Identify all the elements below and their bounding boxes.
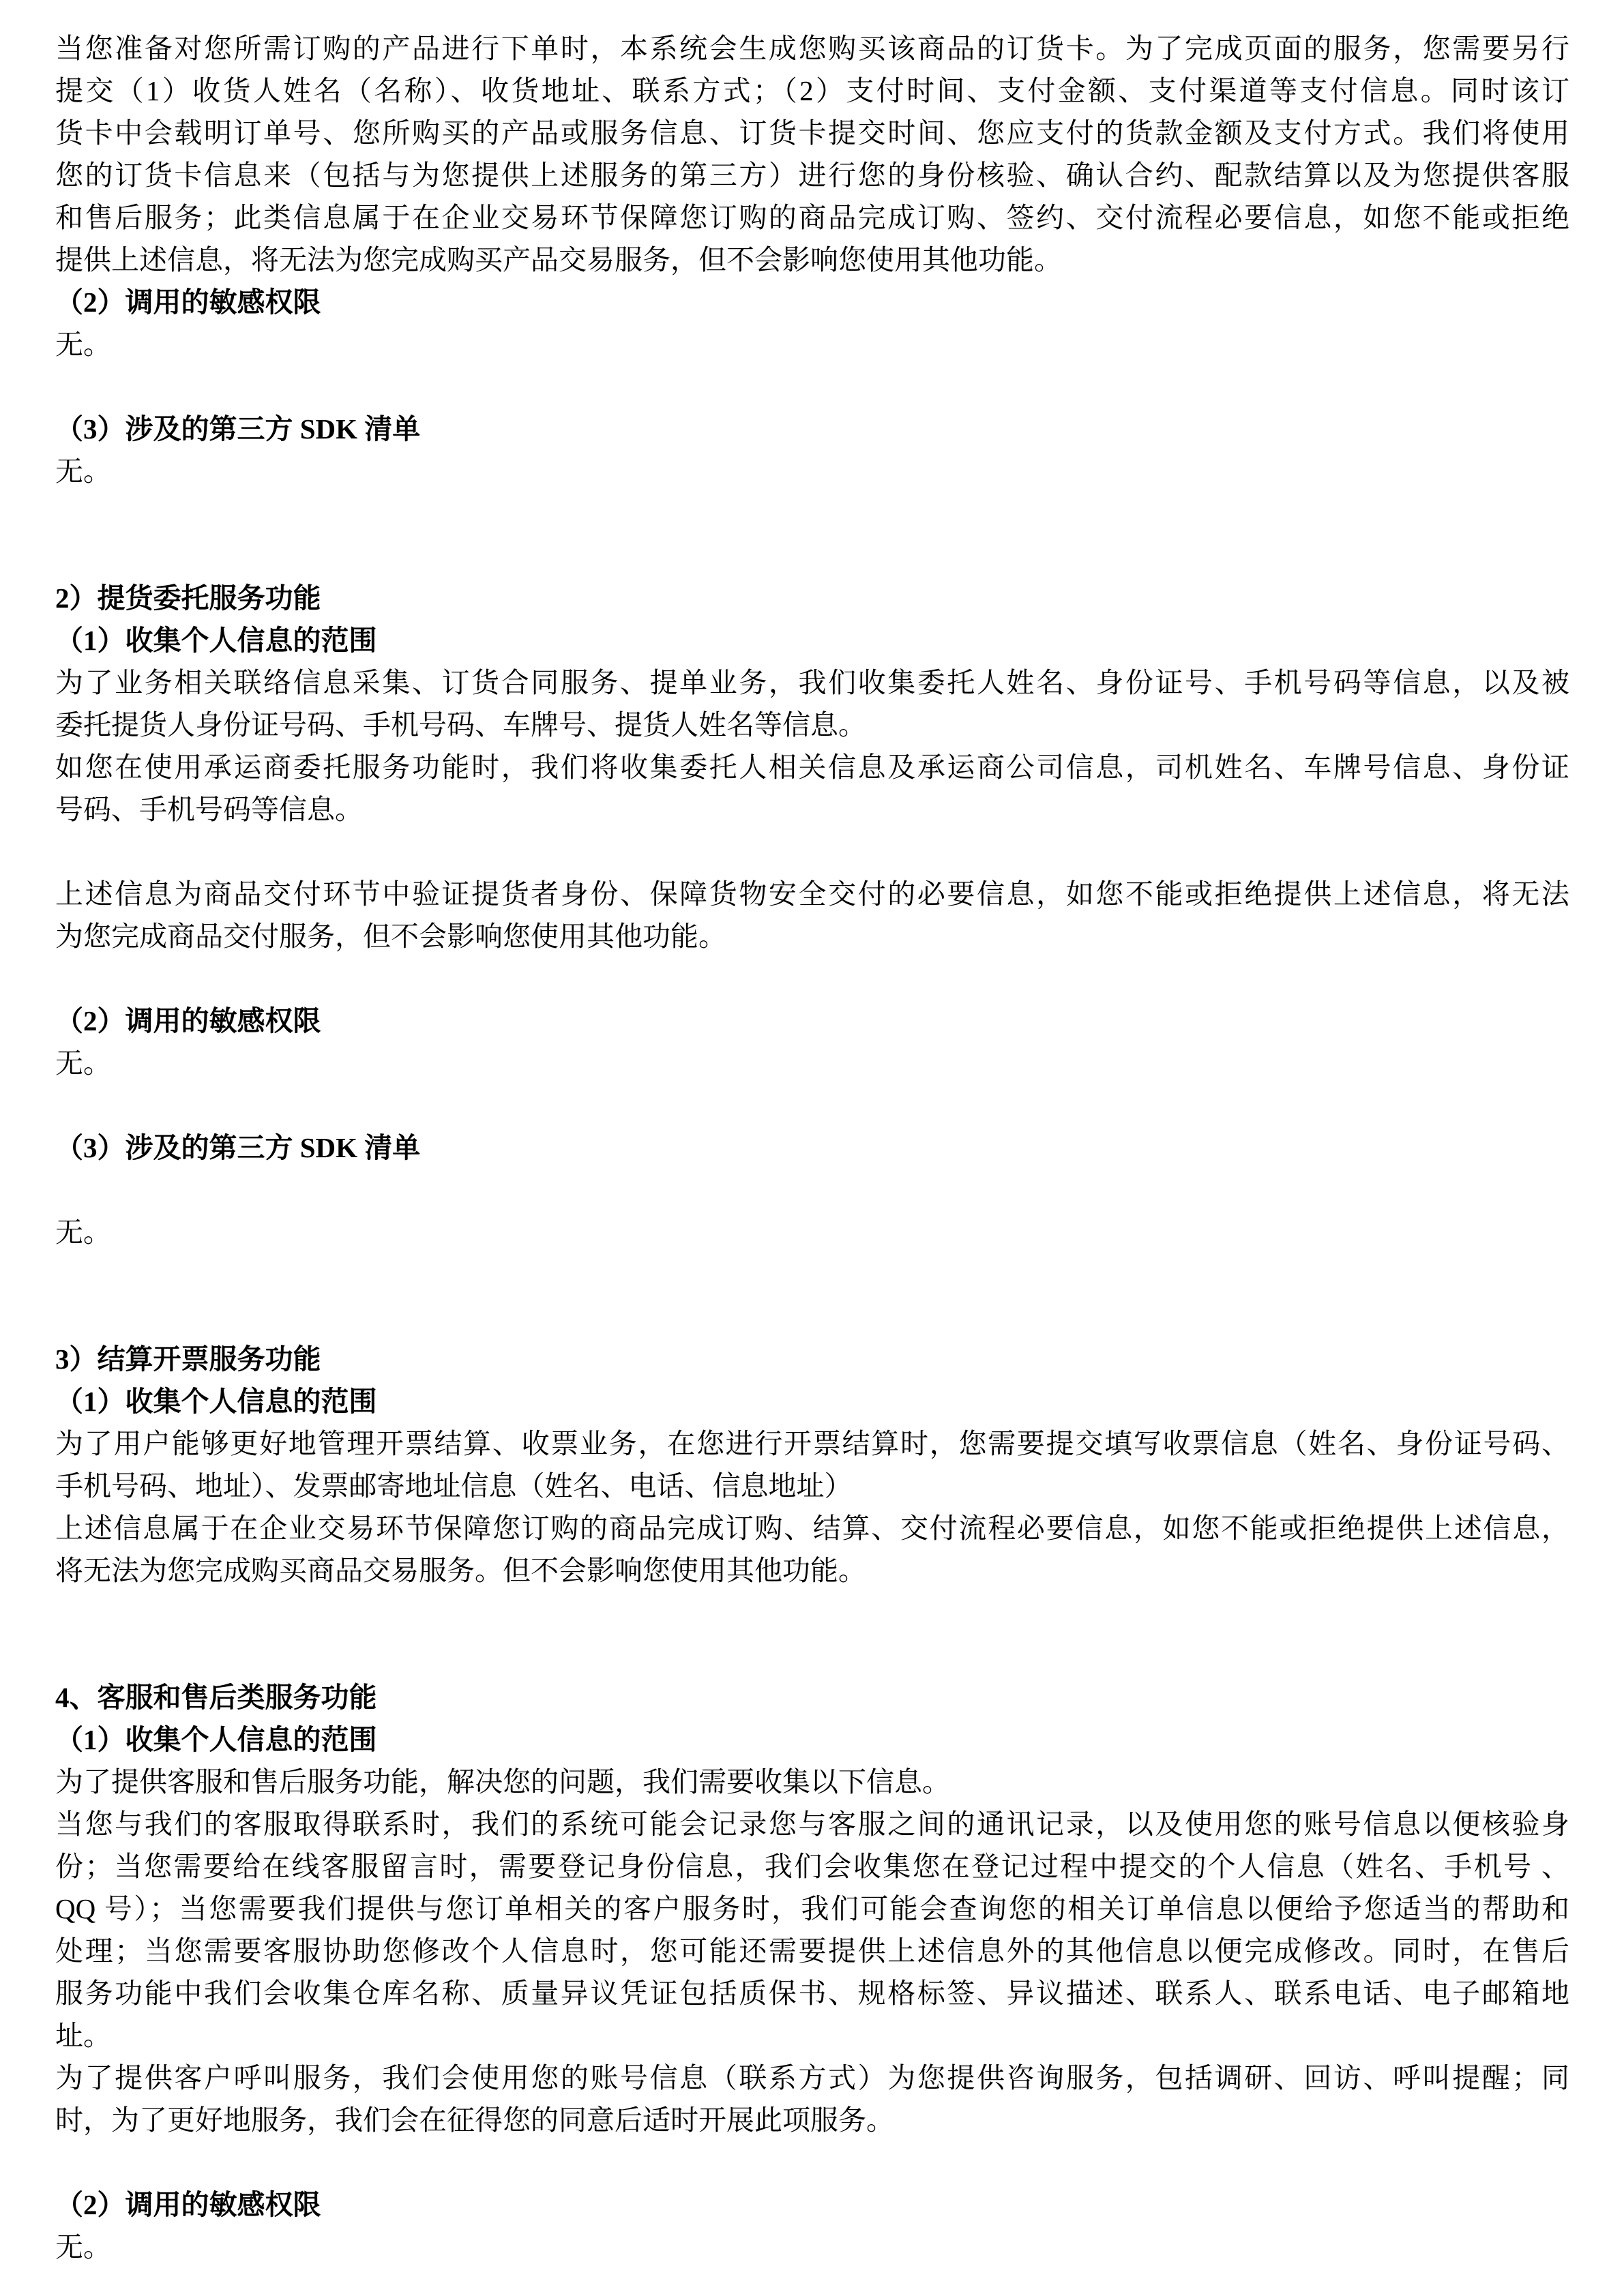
text-line: 址。: [55, 2014, 1569, 2057]
text-line: 无。: [55, 1042, 1569, 1084]
section-heading: （1）收集个人信息的范围: [55, 1718, 1569, 1761]
blank-line: [55, 492, 1569, 535]
section-heading: 3）结算开票服务功能: [55, 1338, 1569, 1380]
blank-line: [55, 957, 1569, 1000]
text-line: 号码、手机号码等信息。: [55, 788, 1569, 831]
text-line: 上述信息为商品交付环节中验证提货者身份、保障货物安全交付的必要信息，如您不能或拒…: [55, 873, 1569, 915]
section-heading: 4、客服和售后类服务功能: [55, 1676, 1569, 1718]
document-page: 当您准备对您所需订购的产品进行下单时，本系统会生成您购买该商品的订货卡。为了完成…: [0, 0, 1624, 2296]
text-line: QQ 号）；当您需要我们提供与您订单相关的客户服务时，我们可能会查询您的相关订单…: [55, 1888, 1569, 1930]
text-line: 和售后服务；此类信息属于在企业交易环节保障您订购的商品完成订购、签约、交付流程必…: [55, 196, 1569, 239]
document-body: 当您准备对您所需订购的产品进行下单时，本系统会生成您购买该商品的订货卡。为了完成…: [0, 0, 1624, 2268]
blank-line: [55, 1634, 1569, 1676]
blank-line: [55, 831, 1569, 873]
blank-line: [55, 535, 1569, 577]
text-line: 提供上述信息，将无法为您完成购买产品交易服务，但不会影响您使用其他功能。: [55, 239, 1569, 281]
text-line: 为了提供客户呼叫服务，我们会使用您的账号信息（联系方式）为您提供咨询服务，包括调…: [55, 2057, 1569, 2099]
text-line: 为了用户能够更好地管理开票结算、收票业务，在您进行开票结算时，您需要提交填写收票…: [55, 1422, 1569, 1465]
text-line: 将无法为您完成购买商品交易服务。但不会影响您使用其他功能。: [55, 1549, 1569, 1592]
text-line: 无。: [55, 1211, 1569, 1253]
text-line: 时，为了更好地服务，我们会在征得您的同意后适时开展此项服务。: [55, 2099, 1569, 2141]
text-line: 为您完成商品交付服务，但不会影响您使用其他功能。: [55, 915, 1569, 957]
section-heading: （1）收集个人信息的范围: [55, 1380, 1569, 1422]
text-line: 为了提供客服和售后服务功能，解决您的问题，我们需要收集以下信息。: [55, 1761, 1569, 1803]
text-line: 服务功能中我们会收集仓库名称、质量异议凭证包括质保书、规格标签、异议描述、联系人…: [55, 1972, 1569, 2014]
blank-line: [55, 1253, 1569, 1296]
section-heading: （3）涉及的第三方 SDK 清单: [55, 1127, 1569, 1169]
blank-line: [55, 366, 1569, 408]
section-heading: 2）提货委托服务功能: [55, 577, 1569, 619]
section-heading: （1）收集个人信息的范围: [55, 619, 1569, 661]
text-line: 提交（1）收货人姓名（名称）、收货地址、联系方式；（2）支付时间、支付金额、支付…: [55, 70, 1569, 112]
text-line: 委托提货人身份证号码、手机号码、车牌号、提货人姓名等信息。: [55, 704, 1569, 746]
text-line: 无。: [55, 2226, 1569, 2268]
section-heading: （2）调用的敏感权限: [55, 2183, 1569, 2226]
text-line: 如您在使用承运商委托服务功能时，我们将收集委托人相关信息及承运商公司信息，司机姓…: [55, 746, 1569, 788]
blank-line: [55, 1296, 1569, 1338]
section-heading: （3）涉及的第三方 SDK 清单: [55, 408, 1569, 450]
text-line: 当您准备对您所需订购的产品进行下单时，本系统会生成您购买该商品的订货卡。为了完成…: [55, 27, 1569, 70]
section-heading: （2）调用的敏感权限: [55, 281, 1569, 323]
blank-line: [55, 1592, 1569, 1634]
text-line: 为了业务相关联络信息采集、订货合同服务、提单业务，我们收集委托人姓名、身份证号、…: [55, 661, 1569, 704]
text-line: 上述信息属于在企业交易环节保障您订购的商品完成订购、结算、交付流程必要信息，如您…: [55, 1507, 1569, 1549]
text-line: 当您与我们的客服取得联系时，我们的系统可能会记录您与客服之间的通讯记录，以及使用…: [55, 1803, 1569, 1845]
section-heading: （2）调用的敏感权限: [55, 1000, 1569, 1042]
text-line: 无。: [55, 323, 1569, 366]
text-line: 处理；当您需要客服协助您修改个人信息时，您可能还需要提供上述信息外的其他信息以便…: [55, 1930, 1569, 1972]
text-line: 份；当您需要给在线客服留言时，需要登记身份信息，我们会收集您在登记过程中提交的个…: [55, 1845, 1569, 1888]
blank-line: [55, 1169, 1569, 1211]
blank-line: [55, 2141, 1569, 2183]
text-line: 无。: [55, 450, 1569, 492]
text-line: 货卡中会载明订单号、您所购买的产品或服务信息、订货卡提交时间、您应支付的货款金额…: [55, 112, 1569, 154]
text-line: 您的订货卡信息来（包括与为您提供上述服务的第三方）进行您的身份核验、确认合约、配…: [55, 154, 1569, 196]
text-line: 手机号码、地址）、发票邮寄地址信息（姓名、电话、信息地址）: [55, 1465, 1569, 1507]
blank-line: [55, 1084, 1569, 1127]
